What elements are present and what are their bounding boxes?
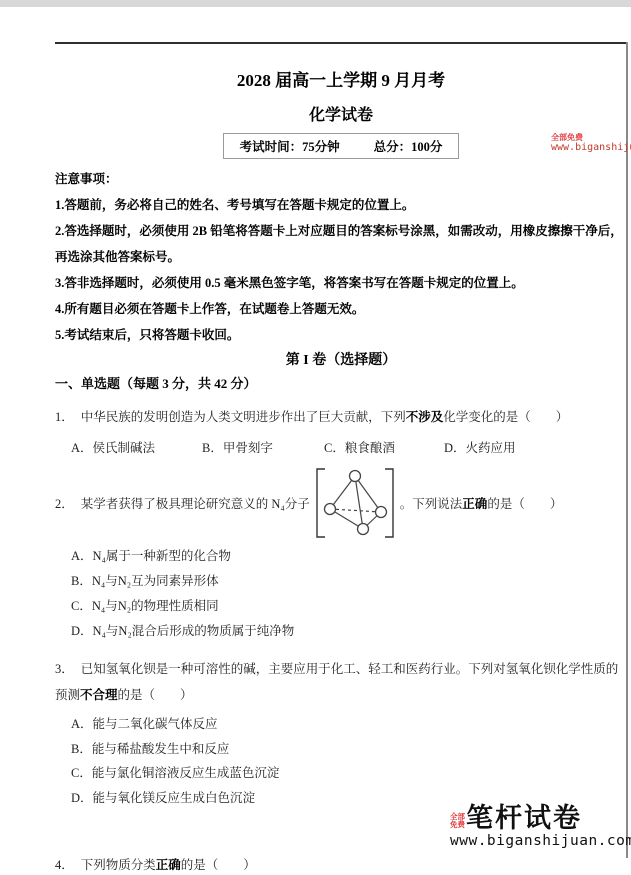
question-4-text-post: 的是（ ） [181,858,256,872]
notice-item-1: 1.答题前，务必将自己的姓名、考号填写在答题卡规定的位置上。 [55,192,627,218]
question-1-option-c: C．粮食酿酒 [324,438,444,456]
question-2-option-d: D．N₄与N₂混合后形成的物质属于纯净物 [71,619,627,644]
question-3-option-b: B．能与稀盐酸发生中和反应 [71,737,627,762]
question-3-text-post: 的是（ ） [118,688,193,702]
question-1-text-pre: 中华民族的发明创造为人类文明进步作出了巨大贡献，下列 [81,410,406,424]
question-2-text-mid: 。下列说法 [400,494,463,512]
question-4-text-pre: 下列物质分类 [81,858,156,872]
notice-heading: 注意事项： [55,166,627,192]
question-2-options: A．N₄属于一种新型的化合物 B．N₄与N₂互为同素异形体 C．N₄与N₂的物理… [55,544,627,644]
notice-item-3: 3.答非选择题时，必须使用 0.5 毫米黑色签字笔，将答案书写在答题卡规定的位置… [55,270,627,296]
question-2-option-a: A．N₄属于一种新型的化合物 [71,544,627,569]
notice-item-2: 2.答选择题时，必须使用 2B 铅笔将答题卡上对应题目的答案标号涂黑，如需改动，… [55,218,627,270]
exam-duration: 考试时间：75分钟 [240,137,340,155]
question-4-text-bold: 正确 [156,858,181,872]
question-1-option-d: D．火药应用 [444,438,627,456]
watermark-brand-row: 全部 免费 笔杆试卷 [450,804,628,832]
question-4-stem: 4．下列物质分类正确的是（ ） [55,852,627,875]
question-3-text-bold: 不合理 [80,688,118,702]
watermark-url: www.biganshijuan.com [450,833,628,849]
volume-title: 第 I 卷（选择题） [55,350,627,372]
question-3-option-a: A．能与二氧化碳气体反应 [71,712,627,737]
exam-subject-title: 化学试卷 [55,102,627,125]
exam-title: 2028 届高一上学期 9 月月考 [55,66,627,91]
question-3-stem: 3．已知氢氧化钡是一种可溶性的碱，主要应用于化工、轻工和医药行业。下列对氢氧化钡… [55,656,627,708]
question-1-number: 1． [55,410,74,424]
question-1-text-post: 化学变化的是（ ） [443,410,568,424]
question-3-option-c: C．能与氯化铜溶液反应生成蓝色沉淀 [71,761,627,786]
page-border-top [55,42,628,44]
question-2-text-pre: 某学者获得了极具理论研究意义的 N₄分子 [81,494,310,512]
exam-paper-page: 2028 届高一上学期 9 月月考 化学试卷 考试时间：75分钟 总分：100分… [0,0,631,875]
question-2-number: 2． [55,494,74,512]
question-1-text-bold: 不涉及 [406,410,444,424]
question-2-option-c: C．N₄与N₂的物理性质相同 [71,594,627,619]
watermark-top-right: 全部免费 www.biganshijuan [551,133,631,154]
n4-tetrahedron-molecule-diagram [312,466,398,540]
scan-top-edge [0,0,631,7]
watermark-bottom-right: 全部 免费 笔杆试卷 www.biganshijuan.com [450,804,628,849]
watermark-url-short: www.biganshijuan [551,142,631,154]
watermark-free-label-stacked: 全部 免费 [450,813,465,833]
question-2-text-post: 的是（ ） [487,494,562,512]
notice-item-5: 5.考试结束后，只将答题卡收回。 [55,322,627,348]
page-content: 2028 届高一上学期 9 月月考 化学试卷 考试时间：75分钟 总分：100分… [55,56,627,875]
watermark-free-label: 全部免费 [551,133,631,142]
question-1-options: A．侯氏制碱法 B．甲骨刻字 C．粮食酿酒 D．火药应用 [55,438,627,456]
exam-info-box: 考试时间：75分钟 总分：100分 [223,133,460,159]
notice-item-4: 4.所有题目必须在答题卡上作答，在试题卷上答题无效。 [55,296,627,322]
question-1-option-a: A．侯氏制碱法 [71,438,202,456]
question-2-stem: 2．某学者获得了极具理论研究意义的 N₄分子 。下列说法正确的是（ ） [55,466,627,540]
question-3-number: 3． [55,662,74,676]
question-2-text-bold: 正确 [462,494,487,512]
question-1-option-b: B．甲骨刻字 [202,438,324,456]
part-title: 一、单选题（每题 3 分，共 42 分） [55,373,627,395]
watermark-brand-logo: 笔杆试卷 [466,804,582,832]
question-2-option-b: B．N₄与N₂互为同素异形体 [71,569,627,594]
exam-total-score: 总分：100分 [374,137,443,155]
question-4-number: 4． [55,858,74,872]
question-1-stem: 1．中华民族的发明创造为人类文明进步作出了巨大贡献，下列不涉及化学变化的是（ ） [55,404,627,430]
question-3-options: A．能与二氧化碳气体反应 B．能与稀盐酸发生中和反应 C．能与氯化铜溶液反应生成… [55,712,627,810]
